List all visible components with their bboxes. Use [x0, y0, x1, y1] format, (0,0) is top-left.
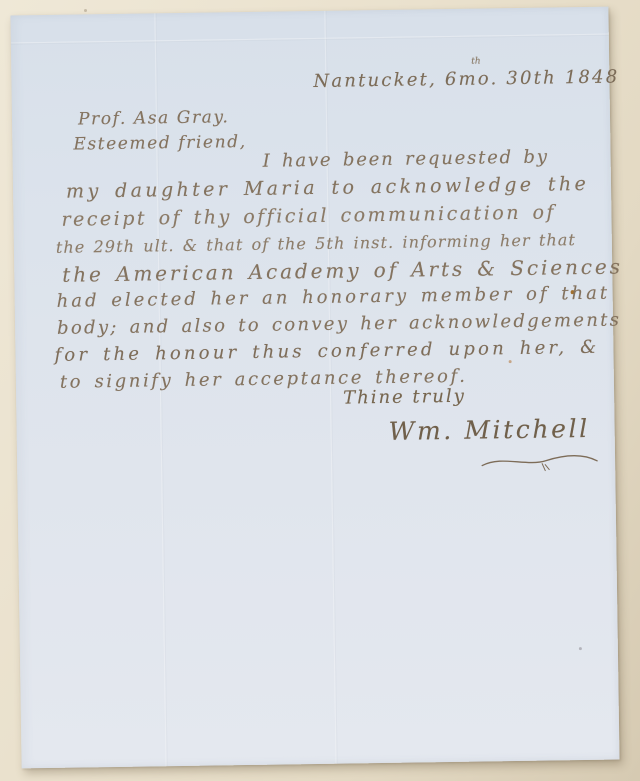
body-line: my daughter Maria to acknowledge the: [66, 173, 589, 203]
signature: Wm. Mitchell: [388, 414, 589, 446]
body-line: body; and also to convey her acknowledge…: [57, 309, 621, 338]
scan-background: Nantucket, 6mo. 30th 1848 th Prof. Asa G…: [0, 0, 640, 781]
body-line: the American Academy of Arts & Sciences: [62, 254, 623, 286]
body-line: I have been requested by: [262, 147, 548, 172]
closing-line: Thine truly: [343, 386, 466, 409]
date-superscript: th: [471, 57, 481, 67]
salutation-line: Esteemed friend,: [73, 132, 247, 155]
body-line: receipt of thy official communication of: [61, 201, 556, 230]
signature-flourish: [480, 450, 600, 476]
body-line: for the honour thus conferred upon her, …: [54, 337, 599, 366]
background-speck: [84, 9, 87, 12]
letter-paper: Nantucket, 6mo. 30th 1848 th Prof. Asa G…: [10, 7, 619, 769]
body-line: had elected her an honorary member of th…: [57, 283, 611, 312]
body-line: the 29th ult. & that of the 5th inst. in…: [56, 230, 576, 257]
recipient-line: Prof. Asa Gray.: [78, 107, 230, 129]
horizontal-fold-crease: [11, 34, 609, 45]
foxing-speck: [509, 360, 512, 363]
date-line: Nantucket, 6mo. 30th 1848: [313, 66, 619, 92]
foxing-speck: [579, 647, 582, 650]
